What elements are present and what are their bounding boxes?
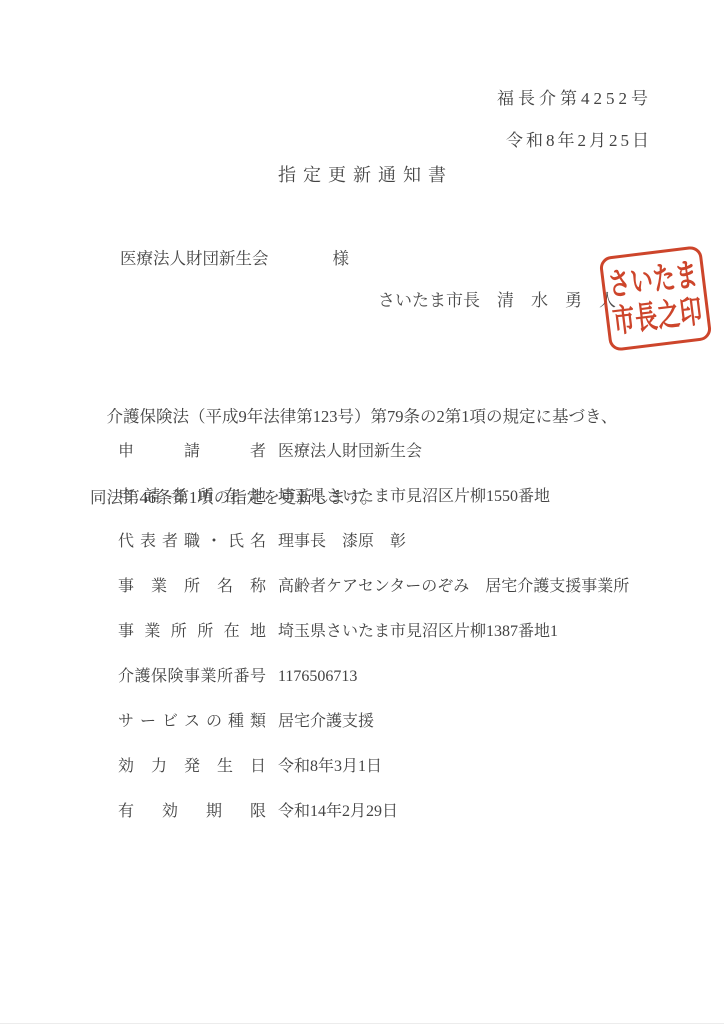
field-value: 令和14年2月29日 bbox=[278, 801, 398, 822]
field-label: 申請者 bbox=[118, 441, 266, 462]
field-label: 有効期限 bbox=[118, 801, 266, 822]
field-row: 事業所所在地埼玉県さいたま市見沼区片柳1387番地1 bbox=[118, 621, 629, 666]
field-value: 高齢者ケアセンターのぞみ 居宅介護支援事業所 bbox=[278, 576, 629, 597]
field-label: 事業所所在地 bbox=[118, 621, 266, 642]
field-value: 理事長 漆原 彰 bbox=[278, 531, 406, 552]
document-page: 福長介第4252号 令和8年2月25日 指定更新通知書 医療法人財団新生会様 さ… bbox=[0, 0, 724, 1024]
field-value: 居宅介護支援 bbox=[278, 711, 374, 732]
field-row: 介護保険事業所番号1176506713 bbox=[118, 666, 629, 711]
field-label: 代表者職・氏名 bbox=[118, 531, 266, 552]
field-row: 代表者職・氏名理事長 漆原 彰 bbox=[118, 531, 629, 576]
field-row: 事業所名称高齢者ケアセンターのぞみ 居宅介護支援事業所 bbox=[118, 576, 629, 621]
field-label: 申請者所在地 bbox=[118, 486, 266, 507]
document-header: 福長介第4252号 令和8年2月25日 bbox=[497, 88, 652, 152]
addressee-name: 医療法人財団新生会 bbox=[120, 249, 269, 268]
field-label: 効力発生日 bbox=[118, 756, 266, 777]
field-value: 埼玉県さいたま市見沼区片柳1550番地 bbox=[278, 486, 550, 507]
field-label: 事業所名称 bbox=[118, 576, 266, 597]
field-value: 埼玉県さいたま市見沼区片柳1387番地1 bbox=[278, 621, 558, 642]
field-value: 令和8年3月1日 bbox=[278, 756, 382, 777]
addressee-line: 医療法人財団新生会様 bbox=[120, 245, 349, 269]
body-line: 介護保険法（平成9年法律第123号）第79条の2第1項の規定に基づき、 bbox=[90, 403, 617, 430]
field-row: 申請者医療法人財団新生会 bbox=[118, 441, 629, 486]
field-row: 申請者所在地埼玉県さいたま市見沼区片柳1550番地 bbox=[118, 486, 629, 531]
addressee-honorific: 様 bbox=[333, 249, 350, 268]
field-row: サービスの種類居宅介護支援 bbox=[118, 711, 629, 756]
issuer-line: さいたま市長 清 水 勇 人 bbox=[378, 286, 616, 311]
field-label: 介護保険事業所番号 bbox=[118, 666, 266, 687]
field-label: サービスの種類 bbox=[118, 711, 266, 732]
document-title: 指定更新通知書 bbox=[0, 161, 724, 187]
official-seal: さいたま 市長之印 bbox=[599, 245, 713, 352]
field-row: 有効期限令和14年2月29日 bbox=[118, 801, 629, 846]
field-value: 医療法人財団新生会 bbox=[278, 441, 422, 462]
fields-list: 申請者医療法人財団新生会 申請者所在地埼玉県さいたま市見沼区片柳1550番地 代… bbox=[118, 441, 629, 846]
field-value: 1176506713 bbox=[278, 666, 357, 687]
document-number: 福長介第4252号 bbox=[497, 88, 652, 110]
issue-date: 令和8年2月25日 bbox=[497, 130, 652, 152]
seal-text-bottom: 市長之印 bbox=[611, 296, 704, 339]
field-row: 効力発生日令和8年3月1日 bbox=[118, 756, 629, 801]
